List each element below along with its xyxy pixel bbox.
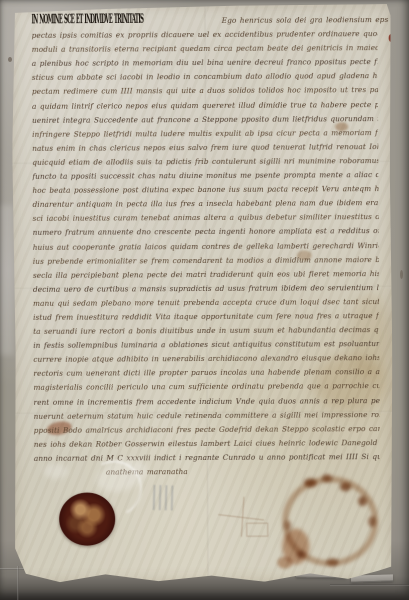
parchment: IN NOMINE SCE ET INDIVIDVE TRINITATISEgo… — [11, 4, 393, 583]
charter-line: pectam redimere cum IIII mansis qui uite… — [32, 84, 378, 100]
charter-line: ueniret integra Succedente aut francone … — [32, 112, 378, 128]
glass-reflection — [44, 464, 68, 479]
charter-line: rent omne in incrementis frem accedente … — [34, 394, 380, 410]
charter-line: huius aut cooperante gratia laicos quida… — [33, 239, 379, 255]
ring-stain-spot — [304, 478, 317, 487]
frame-shadow-bottom-right — [330, 584, 409, 586]
ring-stain-spot — [326, 558, 338, 566]
charter-line: ppositi Bodo amalricus archidiaconi fres… — [34, 422, 380, 438]
archival-stamp — [153, 485, 174, 511]
red-edge-mark — [389, 34, 394, 42]
charter-line: nuerunt aeternum statum huic cedule reti… — [34, 408, 380, 424]
glass-reflection-band — [0, 205, 14, 355]
framed-charter-photo: IN NOMINE SCE ET INDIVIDVE TRINITATISEgo… — [0, 0, 409, 600]
charter-text: IN NOMINE SCE ET INDIVIDVE TRINITATISEgo… — [32, 13, 380, 480]
ring-stain-spot — [296, 550, 305, 558]
chrismon-stroke — [246, 523, 268, 537]
frame-speck — [400, 270, 403, 279]
charter-line-text: Ego henricus sola dei gra leodiensium ep… — [222, 14, 409, 24]
frame-speck — [8, 57, 12, 62]
ring-stain-spot — [340, 482, 351, 491]
charter-line: ius prebende erimonialiter se frem comen… — [33, 253, 379, 269]
chrismon-mark — [212, 495, 276, 545]
ring-stain-spot — [358, 496, 367, 506]
charter-line: magisterialis concilii periculo una cum … — [33, 380, 379, 396]
frame-groove-vertical — [17, 566, 19, 600]
bottom-stain — [277, 557, 292, 569]
charter-line: a quidam lintrif clerico nepos eius quid… — [32, 98, 378, 114]
charter-line: numero fratrum annuente dno crescente pe… — [33, 224, 379, 240]
incipit-elongated-capitals: IN NOMINE SCE ET INDIVIDVE TRINITATIS — [32, 13, 144, 28]
ring-stain-spot — [368, 516, 376, 527]
ring-stain-spot — [284, 521, 291, 531]
charter-line: anno incarnat dni M C xxxviii indict i r… — [34, 450, 380, 466]
charter-line: secla illa percipiebant plena pecte dei … — [33, 267, 379, 283]
ring-stain-spot — [322, 474, 332, 482]
ring-stain — [282, 476, 378, 567]
